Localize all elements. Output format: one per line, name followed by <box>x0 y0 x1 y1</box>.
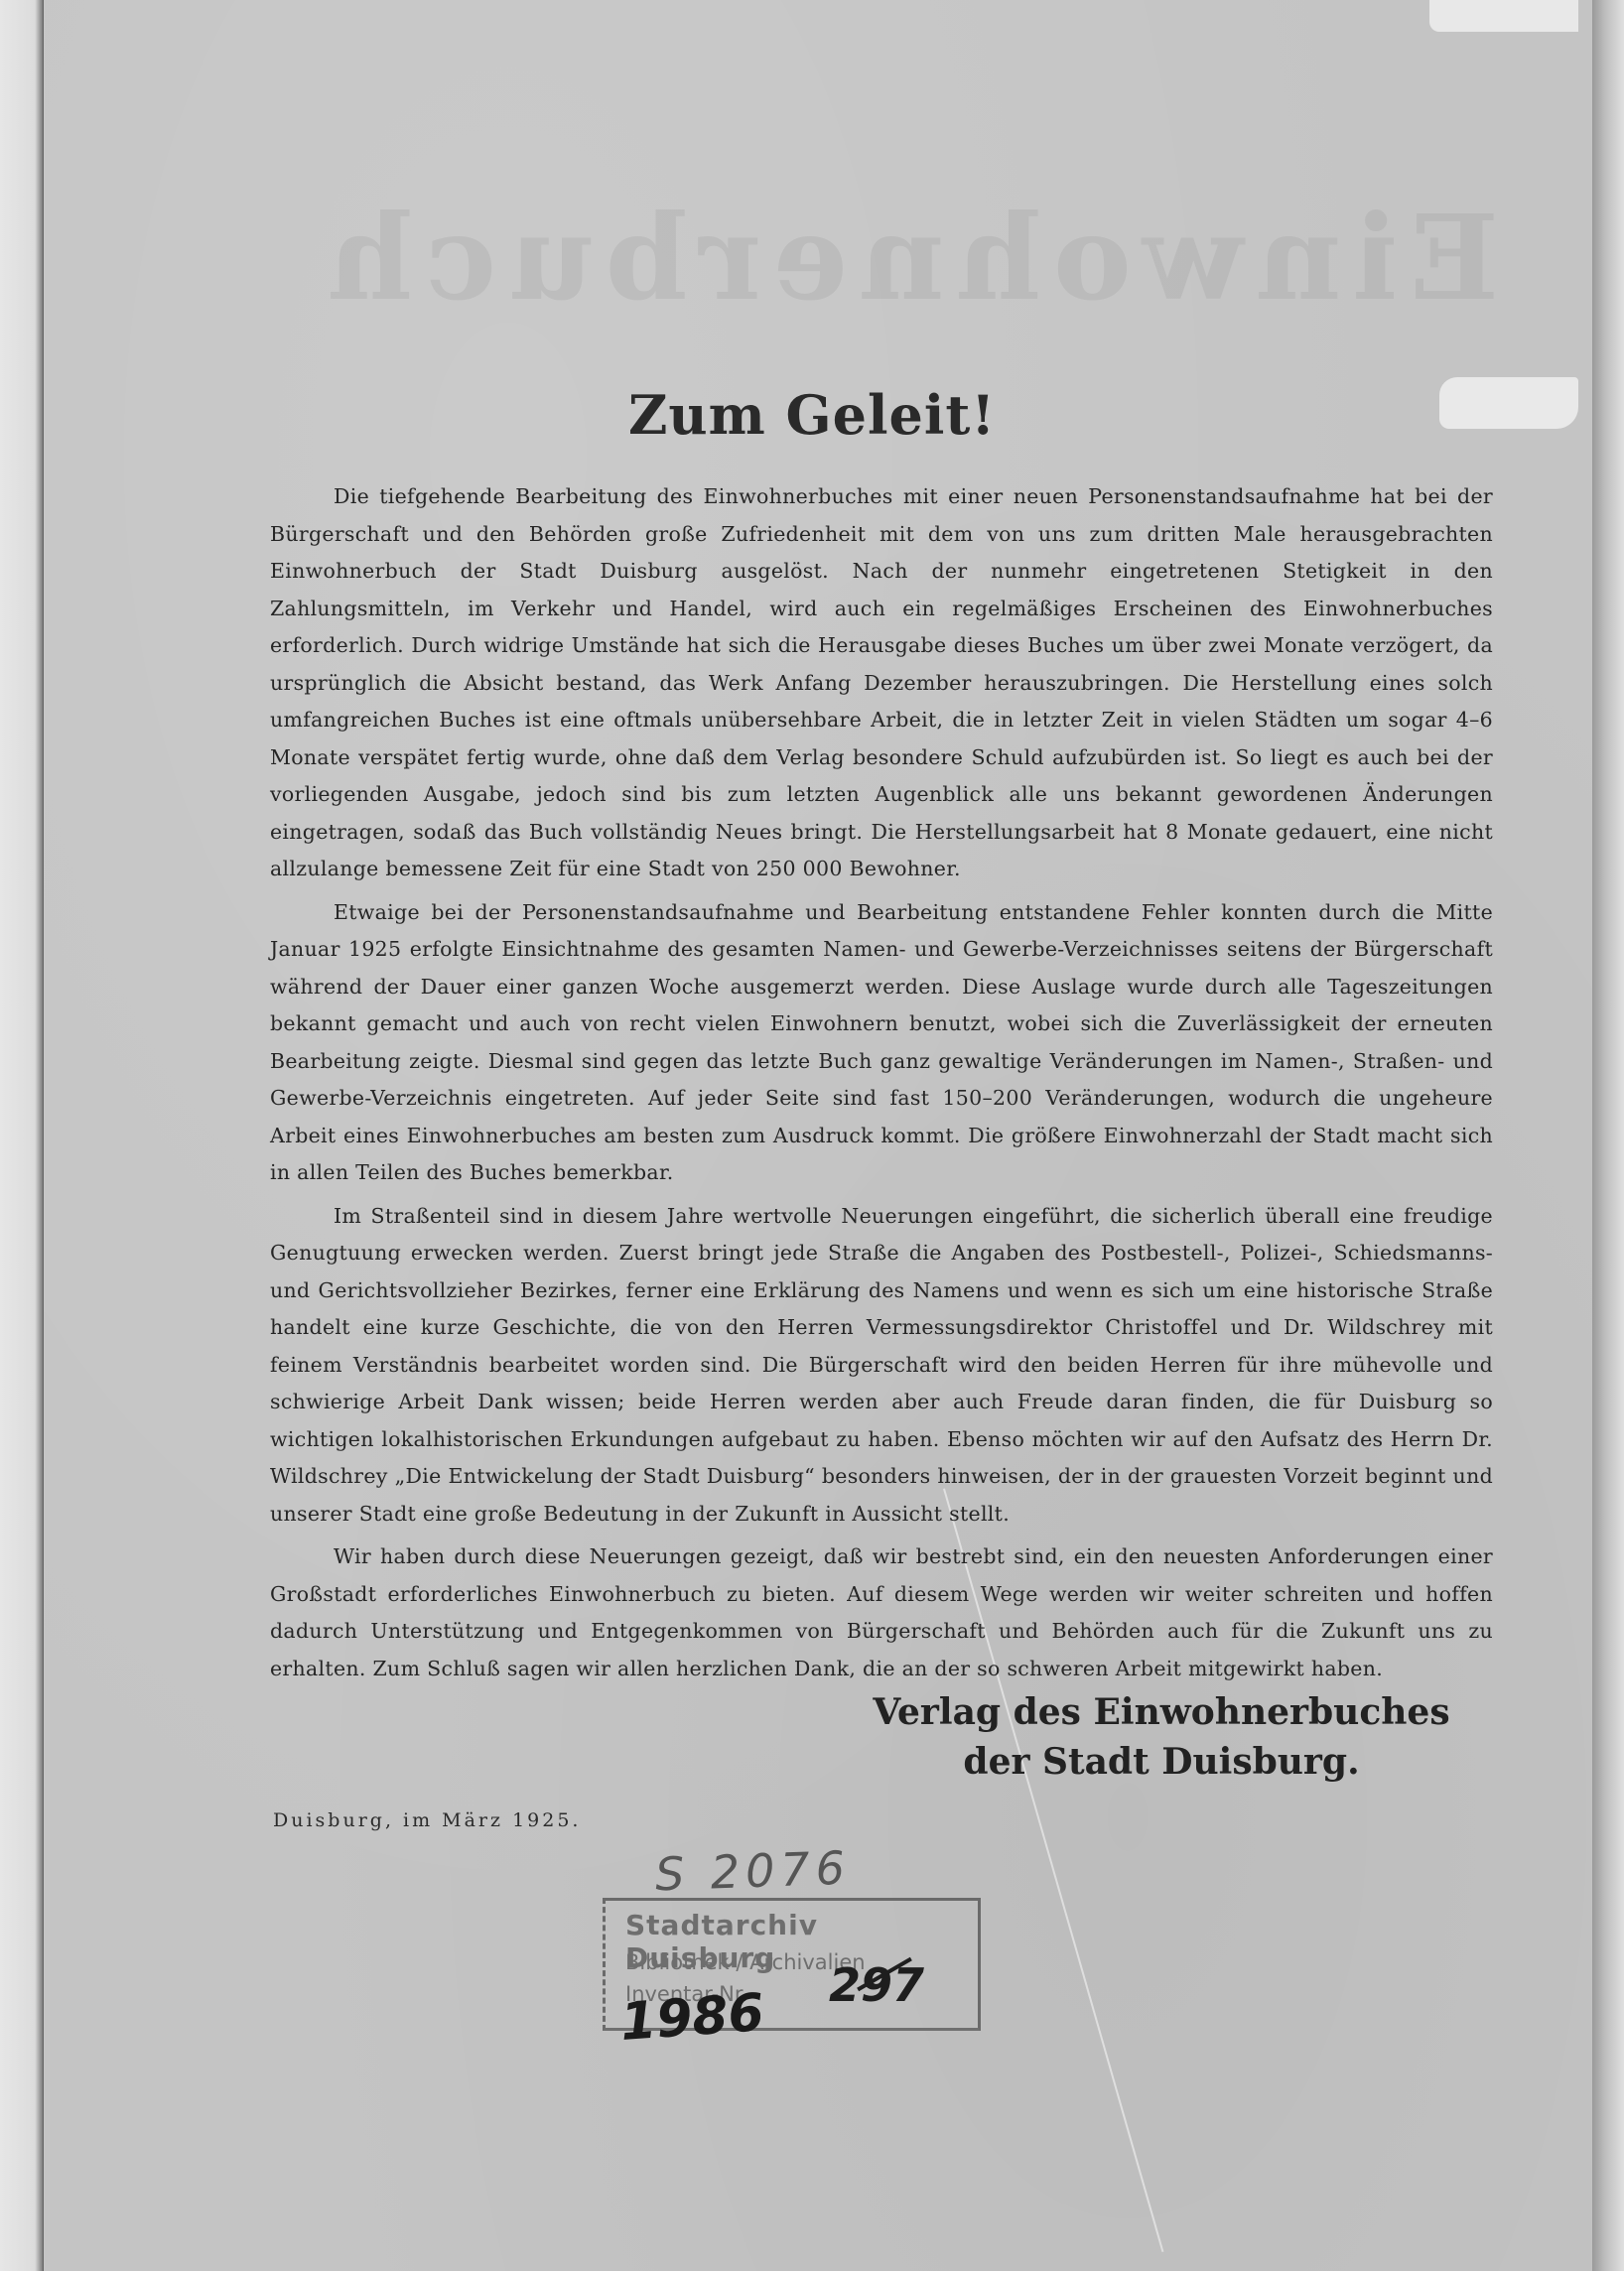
archive-stamp: Stadtarchiv Duisburg Bibliothek / Archiv… <box>603 1898 981 2031</box>
body-text: Die tiefgehende Bearbeitung des Einwohne… <box>270 478 1493 1693</box>
page-title: Zum Geleit! <box>0 383 1624 447</box>
bleed-through-title: Einwohnerbuch <box>208 189 1499 327</box>
handwritten-year: 1986 <box>618 1983 766 2053</box>
scan-border-right <box>1592 0 1624 2271</box>
paper-tear-top <box>1429 0 1578 32</box>
scan-border-left <box>0 0 44 2271</box>
paragraph: Im Straßenteil sind in diesem Jahre wert… <box>270 1198 1493 1534</box>
place-and-date: Duisburg, im März 1925. <box>273 1809 581 1831</box>
paragraph: Die tiefgehende Bearbeitung des Einwohne… <box>270 478 1493 888</box>
signature-line-1: Verlag des Einwohnerbuches <box>824 1687 1499 1737</box>
handwritten-inventory-number: 297 <box>829 1958 924 2012</box>
handwritten-shelfmark: S 2076 <box>654 1841 852 1902</box>
paragraph: Wir haben durch diese Neuerungen gezeigt… <box>270 1538 1493 1687</box>
signature-line-2: der Stadt Duisburg. <box>824 1737 1499 1787</box>
publisher-signature: Verlag des Einwohnerbuches der Stadt Dui… <box>824 1687 1499 1787</box>
paragraph: Etwaige bei der Personenstandsaufnahme u… <box>270 894 1493 1192</box>
